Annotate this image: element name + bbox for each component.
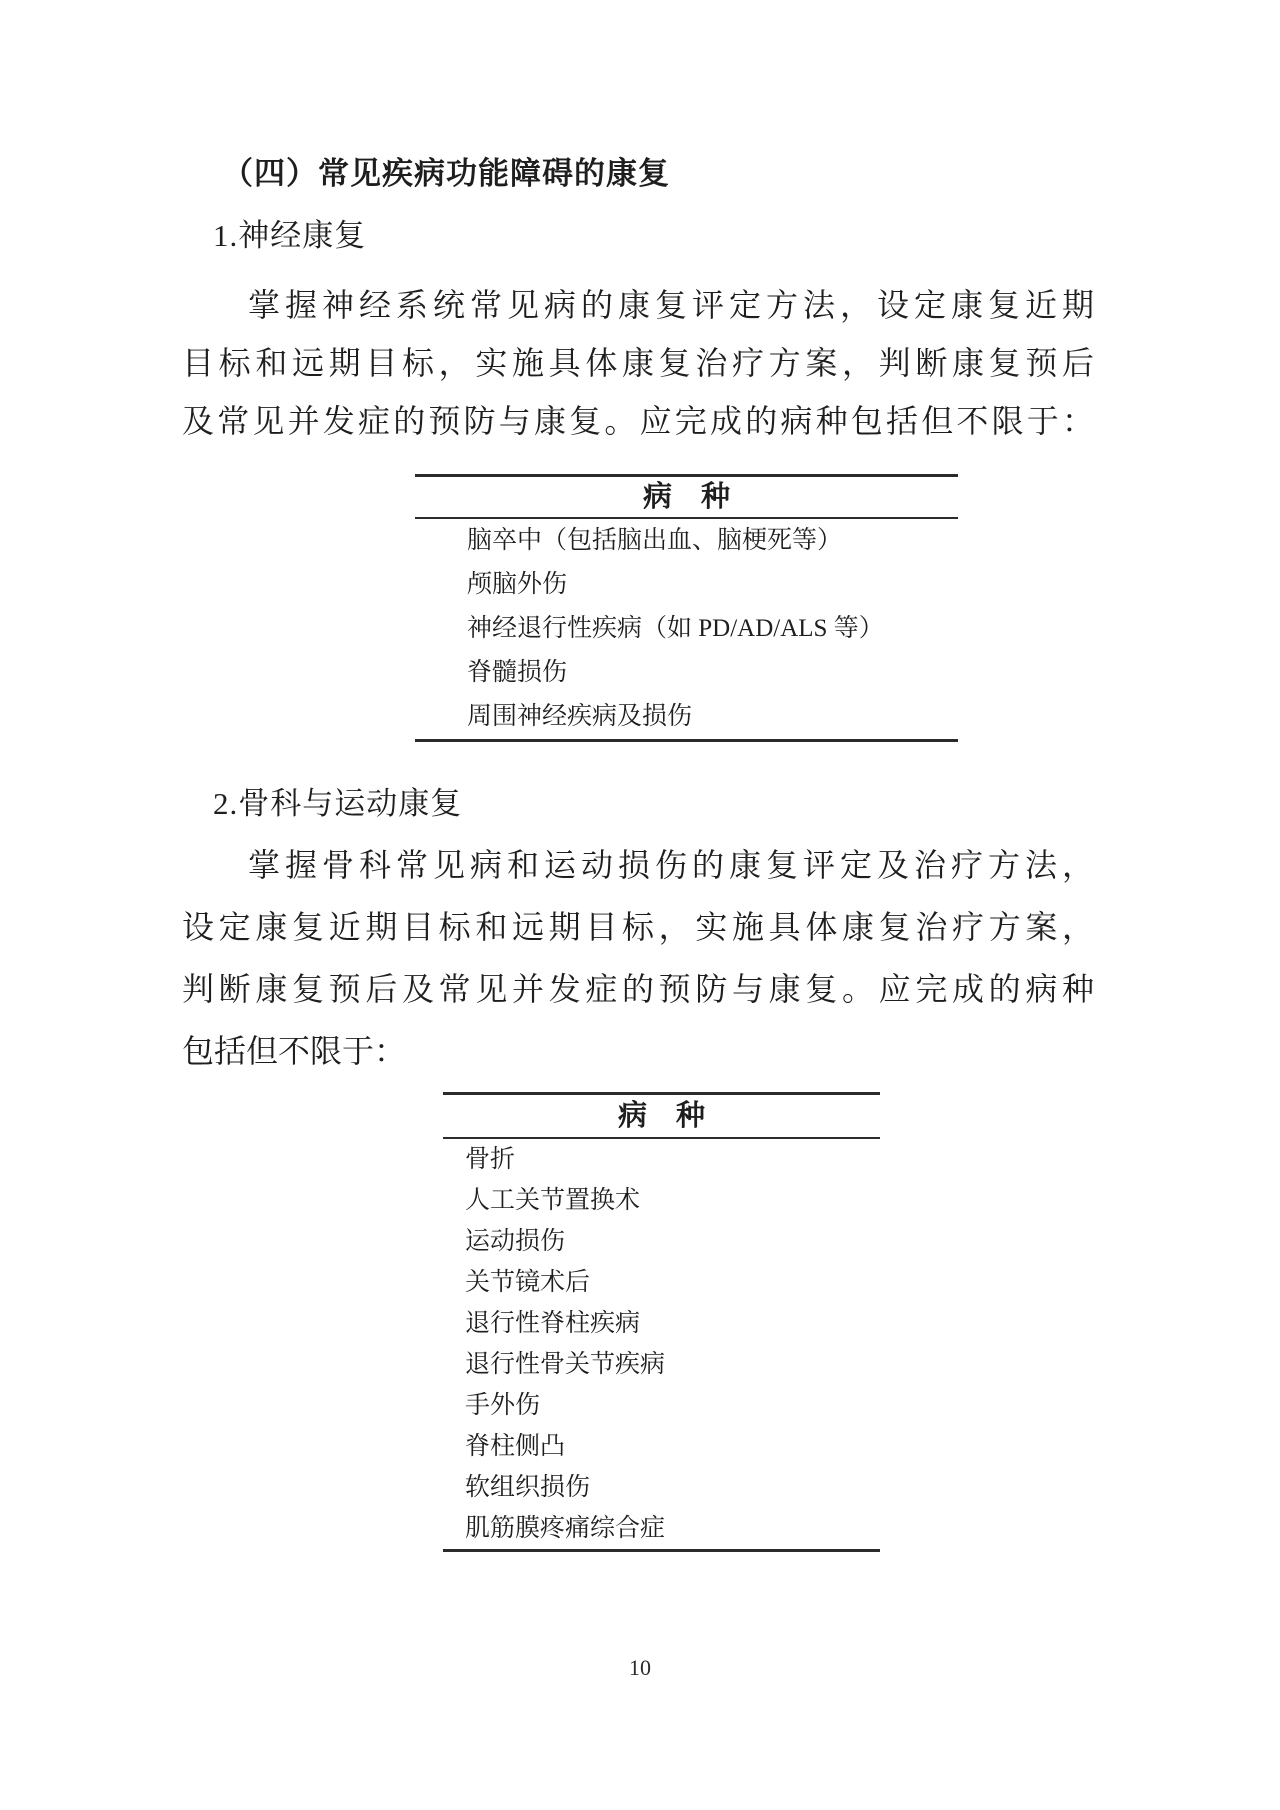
table-row: 退行性脊柱疾病 — [443, 1303, 880, 1344]
table-header: 病 种 — [443, 1095, 880, 1139]
section-heading: （四）常见疾病功能障碍的康复 — [222, 148, 670, 193]
document-page: （四）常见疾病功能障碍的康复 1.神经康复 掌握神经系统常见病的康复评定方法，设… — [0, 0, 1280, 1810]
table-row: 肌筋膜疼痛综合症 — [443, 1508, 880, 1549]
table-row: 关节镜术后 — [443, 1262, 880, 1303]
table-row: 软组织损伤 — [443, 1467, 880, 1508]
paragraph-neurology: 掌握神经系统常见病的康复评定方法，设定康复近期 目标和远期目标，实施具体康复治疗… — [182, 276, 1094, 450]
disease-table-orthopedics: 病 种 骨折 人工关节置换术 运动损伤 关节镜术后 退行性脊柱疾病 退行性骨关节… — [443, 1092, 880, 1552]
table-row: 颅脑外伤 — [415, 563, 958, 607]
table-row: 周围神经疾病及损伤 — [415, 695, 958, 739]
paragraph-line: 包括但不限于： — [182, 1020, 1094, 1082]
table-row: 神经退行性疾病（如 PD/AD/ALS 等） — [415, 607, 958, 651]
subsection-title-orthopedics: 2.骨科与运动康复 — [213, 778, 462, 823]
table-row: 骨折 — [443, 1139, 880, 1180]
subsection-title-neurology: 1.神经康复 — [213, 210, 366, 255]
paragraph-line: 掌握神经系统常见病的康复评定方法，设定康复近期 — [182, 276, 1094, 334]
table-row: 运动损伤 — [443, 1221, 880, 1262]
table-row: 手外伤 — [443, 1385, 880, 1426]
table-header: 病 种 — [415, 477, 958, 519]
table-row: 脑卒中（包括脑出血、脑梗死等） — [415, 519, 958, 563]
disease-table-neurology: 病 种 脑卒中（包括脑出血、脑梗死等） 颅脑外伤 神经退行性疾病（如 PD/AD… — [415, 474, 958, 742]
paragraph-line: 目标和远期目标，实施具体康复治疗方案，判断康复预后 — [182, 334, 1094, 392]
table-row: 脊柱侧凸 — [443, 1426, 880, 1467]
paragraph-line: 设定康复近期目标和远期目标，实施具体康复治疗方案， — [182, 896, 1094, 958]
paragraph-line: 及常见并发症的预防与康复。应完成的病种包括但不限于： — [182, 392, 1094, 450]
table-row: 人工关节置换术 — [443, 1180, 880, 1221]
paragraph-orthopedics: 掌握骨科常见病和运动损伤的康复评定及治疗方法， 设定康复近期目标和远期目标，实施… — [182, 834, 1094, 1082]
paragraph-line: 掌握骨科常见病和运动损伤的康复评定及治疗方法， — [182, 834, 1094, 896]
page-number: 10 — [0, 1655, 1280, 1681]
paragraph-line: 判断康复预后及常见并发症的预防与康复。应完成的病种 — [182, 958, 1094, 1020]
table-row: 脊髓损伤 — [415, 651, 958, 695]
table-row: 退行性骨关节疾病 — [443, 1344, 880, 1385]
